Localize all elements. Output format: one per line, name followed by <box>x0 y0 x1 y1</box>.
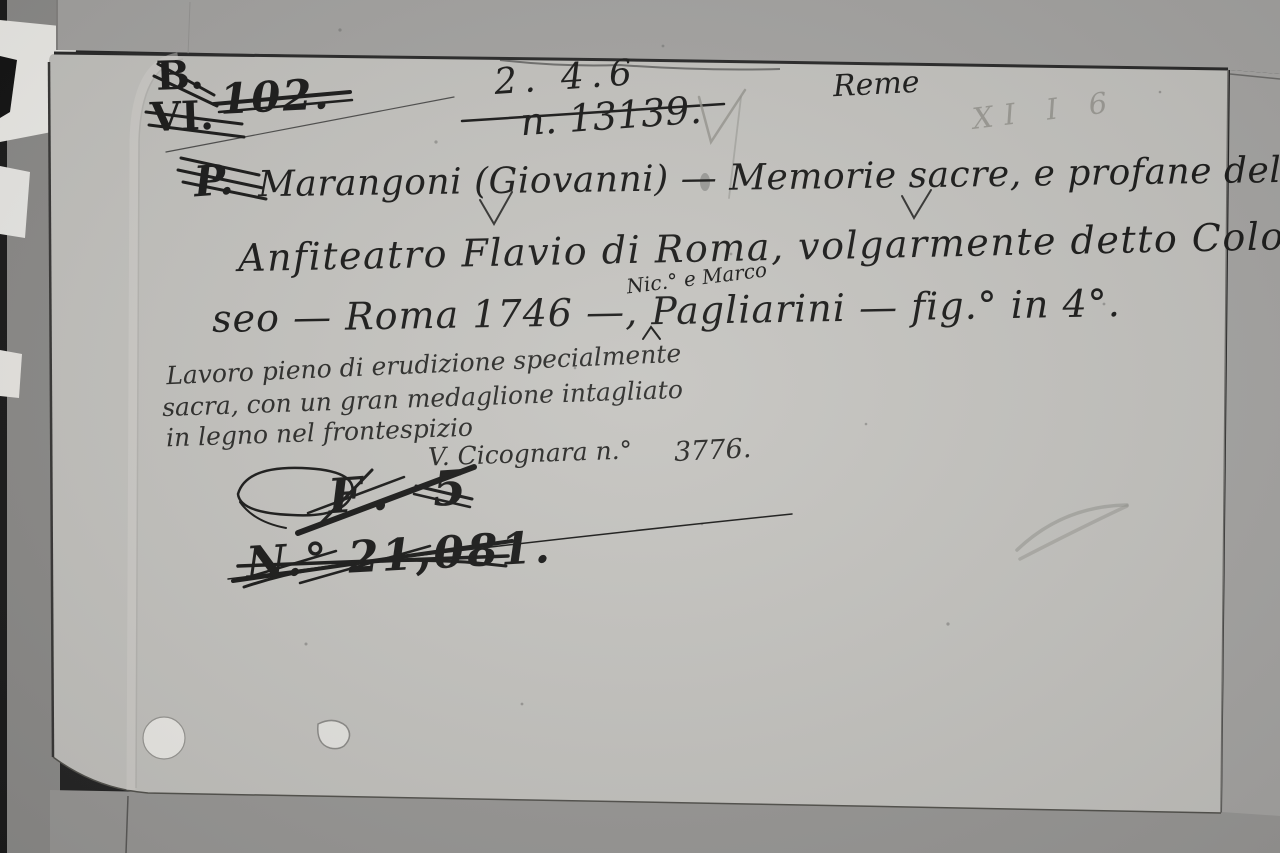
punch-hole-partial <box>318 720 350 748</box>
shelfmark-letter: B. <box>155 55 204 97</box>
top-right-word: Reme <box>832 68 920 102</box>
scanned-catalog-card-page: B. VI. 102. 2. 4.6 n. 13139. Reme XI I 6… <box>0 0 1280 853</box>
cicognara-reference-number: 3776. <box>673 435 752 466</box>
white-paper-patch <box>0 350 22 398</box>
white-paper-patch <box>0 166 30 238</box>
cancelled-price: F. 5 <box>327 463 482 521</box>
author-initial-cancelled: P. <box>193 159 235 204</box>
punch-hole <box>143 717 185 759</box>
shelfmark-numeral: VI. <box>149 96 214 138</box>
old-shelfmark-number-cancelled: 102. <box>219 73 331 121</box>
